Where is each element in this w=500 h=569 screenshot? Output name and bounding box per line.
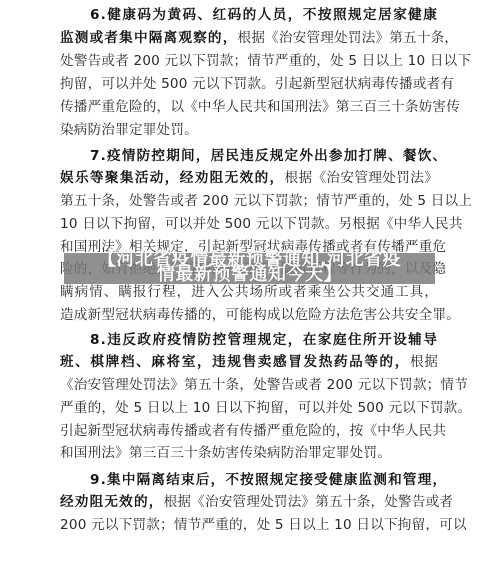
section-8-line-2: 班、棋牌档、麻将室，违规售卖感冒发热药品等的，根据 [60,351,438,373]
section-8-line-6: 和国刑法》第三百三十条妨害传染病防治罪定罪处罚。 [60,442,438,464]
section-6-line-6: 染病防治罪定罪处罚。 [60,119,438,141]
section-7-line-8: 造成新型冠状病毒传播的，可能构成以危险方法危害公共安全罪。 [60,304,438,326]
section-6-line-4: 拘留，可以并处 500 元以下罚款。引起新型冠状病毒传播或者有 [60,73,438,95]
section-6-line-5: 传播严重危险的，以《中华人民共和国刑法》第三百三十条妨害传 [60,96,438,118]
section-7-line-4: 10 日以下拘留，可以并处 500 元以下罚款。另根据《中华人民共 [60,213,438,235]
section-9-line-3: 200 元以下罚款；情节严重的，处 5 日以上 10 日以下拘留，可以 [60,514,438,536]
section-8-line-4: 严重的，处 5 日以上 10 日以下拘留，可以并处 500 元以下罚款。 [60,397,438,419]
section-8-line-1: 8.违反政府疫情防控管理规定，在家庭住所开设辅导 [90,329,438,351]
section-9-line-1: 9.集中隔离结束后，不按照规定接受健康监测和管理， [90,469,438,491]
section-7-line-2: 娱乐等聚集活动，经劝阻无效的，根据《治安管理处罚法》 [60,167,438,189]
section-6-line-3: 处警告或者 200 元以下罚款；情节严重的，处 5 日以上 10 日以下 [60,50,438,72]
section-8-line-3: 《治安管理处罚法》第五十条，处警告或者 200 元以下罚款；情节 [60,374,438,396]
section-6-line-1: 6.健康码为黄码、红码的人员，不按照规定居家健康 [90,4,438,26]
section-8-line-5: 引起新型冠状病毒传播或者有传播严重危险的，按《中华人民共 [60,420,438,442]
section-9-line-2: 经劝阻无效的，根据《治安管理处罚法》第五十条，处警告或者 [60,491,438,513]
section-7-line-1: 7.疫情防控期间，居民违反规定外出参加打牌、餐饮、 [90,145,438,167]
section-6-line-2: 监测或者集中隔离观察的，根据《治安管理处罚法》第五十条， [60,27,438,49]
section-7-line-3: 第五十条，处警告或者 200 元以下罚款；情节严重的，处 5 日以上 [60,190,438,212]
overlay-title: 【河北省疫情最新预警通知,河北省疫 情最新预警通知今天】 [64,251,435,284]
